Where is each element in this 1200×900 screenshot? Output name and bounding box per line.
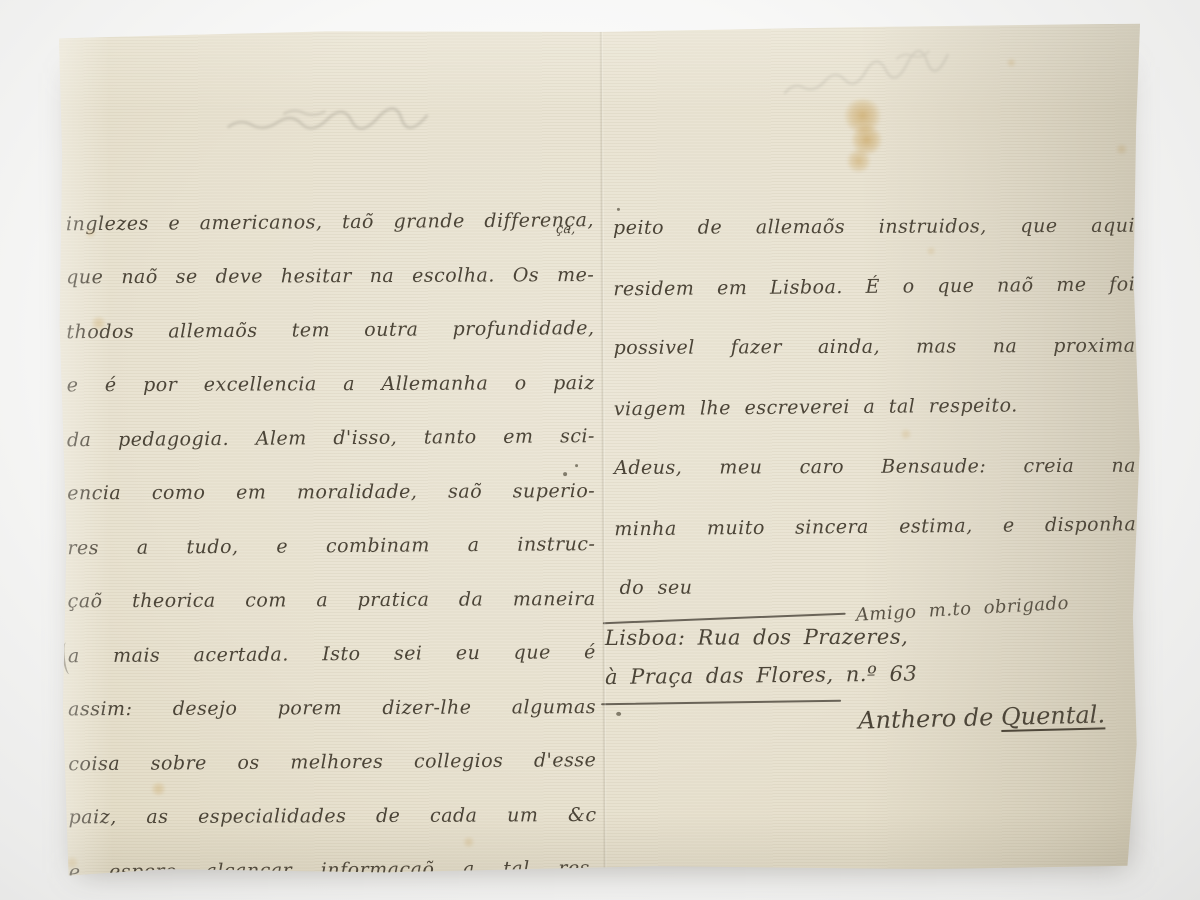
foxing-stain <box>1006 58 1016 67</box>
letter-paper: inglezes e americanos, taõ grande differ… <box>55 24 1145 877</box>
letter-line: Adeus, meu caro Bensaude: creia na <box>614 436 1136 498</box>
address-line: à Praça das Flores, n.º 63 <box>605 662 918 690</box>
left-page-text: inglezes e americanos, taõ grande differ… <box>66 194 597 898</box>
letter-line: minha muito sincera estima, e disponha <box>614 494 1137 559</box>
letter-line: assim: desejo porem dizer-lhe algumas <box>68 680 596 736</box>
letter-line: çaõ theorica com a pratica da maneira <box>68 572 596 628</box>
ink-rule <box>601 700 841 706</box>
letter-line: coisa sobre os melhores collegios d'esse <box>68 733 596 791</box>
interlinear-correction: ça, <box>556 222 575 237</box>
letter-line: residem em Lisboa. É o que naõ me foi <box>613 254 1136 319</box>
address-line: Lisboa: Rua dos Prazeres, <box>605 625 909 650</box>
right-page-text: peito de allemaõs instruidos, que aqui r… <box>613 196 1137 618</box>
letter-line: e é por excellencia a Allemanha o paiz <box>67 356 595 412</box>
letter-photograph: inglezes e americanos, taõ grande differ… <box>0 0 1200 900</box>
ink-bleed-ghost <box>223 101 436 142</box>
letter-line: inglezes e americanos, taõ grande differ… <box>66 193 594 251</box>
pencil-inscription-ghost <box>776 33 977 114</box>
foxing-stain <box>841 99 883 133</box>
letter-line: encia como em moralidade, saõ superio- <box>67 464 595 520</box>
signature: Anthero de Quental. <box>858 700 1119 735</box>
letter-line: res a tudo, e combinam a instruc- <box>67 517 595 575</box>
letter-line: possivel fazer ainda, mas na proxima <box>613 316 1135 378</box>
foxing-stain <box>850 125 884 155</box>
letter-line: da pedagogia. Alem d'isso, tanto em sci- <box>67 409 595 467</box>
ink-speck <box>616 712 621 716</box>
letter-line: peito de allemaõs instruidos, que aqui <box>613 196 1135 258</box>
letter-line: a mais acertada. Isto sei eu que é <box>68 625 596 683</box>
signature-surname: Quental. <box>1001 700 1106 731</box>
foxing-stain <box>1131 862 1148 877</box>
signature-prefix: Anthero de <box>858 703 1002 735</box>
letter-line: paiz, as especialidades de cada um &c <box>68 788 596 844</box>
letter-line: que naõ se deve hesitar na escolha. Os m… <box>66 248 594 304</box>
foxing-stain <box>1116 144 1128 155</box>
fold-crease <box>599 26 607 874</box>
letter-line: thodos allemaõs tem outra profundidade, <box>66 301 594 359</box>
letter-line: viagem lhe escreverei a tal respeito. <box>614 374 1137 439</box>
foxing-stain <box>846 149 872 173</box>
